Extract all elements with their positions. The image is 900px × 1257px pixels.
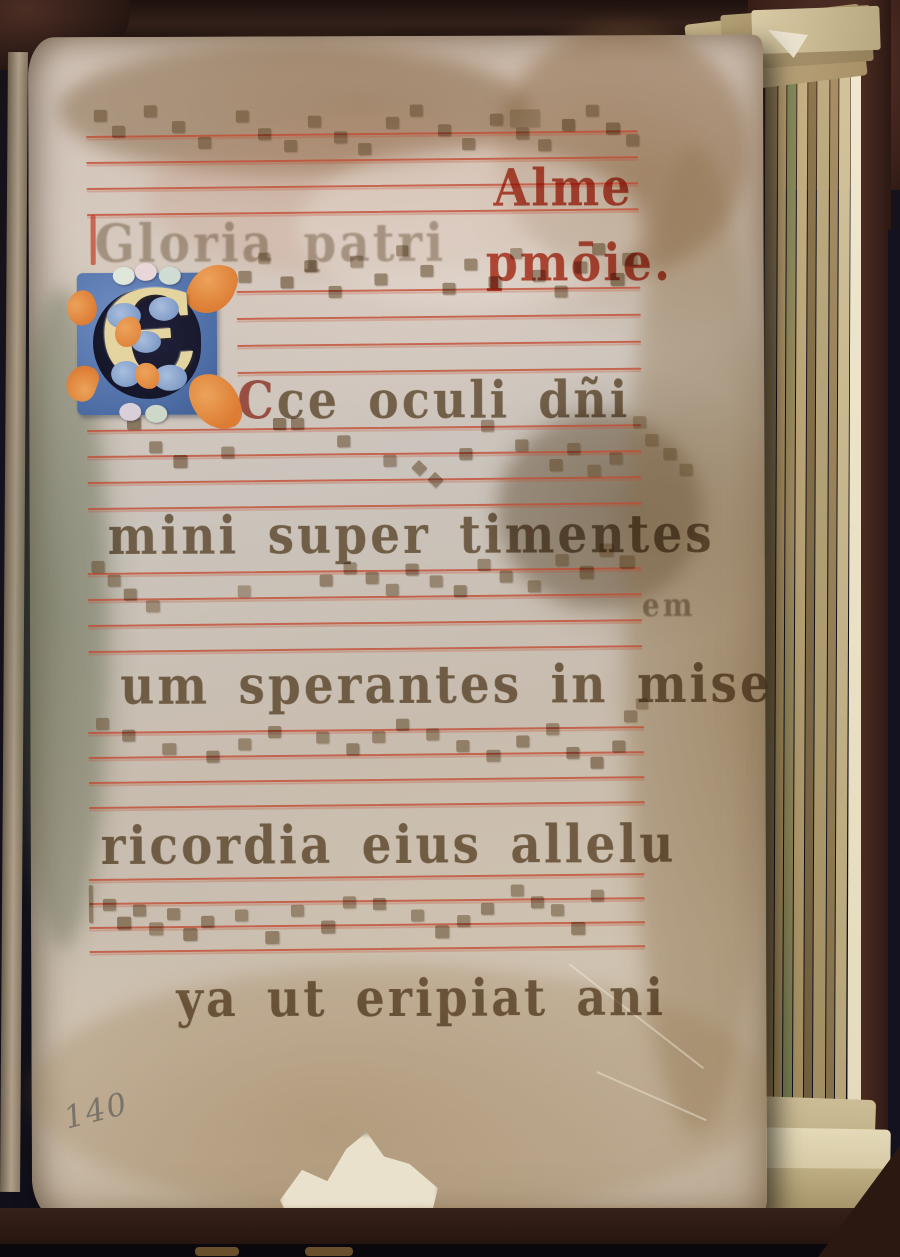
neume-square: [411, 460, 427, 476]
staff-line: [89, 945, 645, 953]
neume-square: [146, 600, 160, 612]
neume-square: [511, 884, 524, 896]
neume-square: [374, 273, 387, 285]
neume-square: [321, 920, 335, 933]
staff-line: [88, 567, 642, 575]
neume-square: [586, 105, 599, 117]
neume-square: [531, 896, 544, 908]
staff-line: [89, 776, 645, 784]
neume-square: [124, 589, 137, 601]
pearl-knob: [135, 263, 157, 281]
rubric-text: pmōie.: [486, 232, 672, 293]
neume-square: [238, 738, 251, 750]
staff-line: [89, 921, 645, 929]
neume-square: [173, 455, 187, 468]
music-staff: [237, 287, 642, 374]
neume-square: [551, 904, 564, 916]
neume-square: [91, 561, 104, 573]
chant-text-line: ya ut eripiat ani: [176, 967, 666, 1029]
chant-text-line: mini super timentes: [108, 504, 715, 568]
neume-square: [238, 585, 251, 597]
neume-square: [663, 448, 676, 460]
neume-square: [284, 140, 297, 152]
neume-square: [221, 446, 234, 458]
neume-square: [372, 731, 385, 743]
neume-square: [386, 584, 399, 596]
pearl-knob: [159, 267, 181, 285]
divider-stroke: [89, 885, 93, 923]
parchment-page: Alme pmōie. Gloria patri Cce oculi dñi m…: [28, 35, 767, 1224]
chant-text-fragment: em: [642, 587, 696, 624]
neume-square: [587, 465, 600, 477]
neume-square: [343, 896, 356, 908]
neume-square: [410, 104, 423, 116]
neume-square: [626, 134, 639, 146]
neume-square: [590, 757, 603, 769]
staff-line: [88, 645, 642, 653]
neume-square: [546, 723, 559, 735]
neume-square: [486, 750, 500, 762]
neume-square: [490, 114, 503, 126]
manuscript-photograph: Alme pmōie. Gloria patri Cce oculi dñi m…: [0, 0, 900, 1257]
neume-square: [386, 117, 399, 129]
neume-square: [206, 751, 219, 763]
neume-square: [149, 441, 162, 453]
neume-square: [442, 283, 455, 295]
neume-square: [528, 580, 541, 592]
neume-square: [183, 928, 197, 941]
staff-line: [86, 130, 638, 138]
neume-square: [459, 448, 472, 460]
staff-line: [89, 801, 645, 809]
neume-square: [457, 915, 470, 927]
neume-square: [435, 925, 449, 938]
neume-square: [456, 740, 469, 752]
neume-square: [464, 258, 477, 270]
neume-square: [609, 452, 622, 464]
neume-square: [133, 904, 146, 916]
music-staff: [89, 873, 646, 953]
neume-square: [427, 472, 443, 488]
neume-square: [346, 743, 359, 755]
neume-square: [316, 731, 329, 743]
pearl-knob: [119, 403, 141, 421]
staff-line: [88, 593, 642, 601]
neume-square: [117, 917, 131, 930]
neume-square: [122, 730, 135, 742]
page-corner-stack: [751, 6, 880, 54]
neume-square: [567, 443, 580, 455]
neume-square: [679, 464, 692, 476]
neume-square: [426, 728, 439, 740]
neume-square: [144, 105, 157, 117]
staff-line: [88, 726, 644, 734]
chant-text-line: Cce oculi dñi: [237, 369, 630, 431]
neume-square: [510, 109, 540, 127]
neume-square: [538, 139, 551, 151]
neume-square: [633, 416, 646, 428]
pearl-knob: [145, 405, 167, 423]
neume-square: [149, 922, 163, 935]
rubric-text: Alme: [493, 157, 632, 218]
neume-square: [454, 585, 467, 597]
staff-line: [88, 476, 642, 484]
neume-square: [358, 143, 371, 155]
staff-line: [237, 314, 641, 320]
neume-square: [579, 566, 593, 579]
neume-square: [236, 110, 249, 122]
chant-text-line: um sperantes in mise: [120, 654, 773, 718]
neume-square: [571, 922, 585, 935]
neume-square: [516, 735, 529, 747]
neume-square: [201, 916, 214, 928]
foliate-ornament: [149, 297, 179, 321]
neume-square: [108, 575, 121, 587]
neume-square: [383, 455, 396, 467]
binding-clasp: [195, 1247, 239, 1256]
leather-cover-right: [861, 0, 891, 1257]
music-staff: [88, 567, 643, 653]
neume-square: [258, 128, 271, 140]
neume-square: [320, 574, 333, 586]
neume-square: [606, 122, 620, 134]
staff-line: [237, 341, 641, 347]
neume-square: [334, 131, 347, 143]
neume-square: [265, 931, 279, 944]
staff-line: [88, 619, 642, 627]
neume-square: [291, 905, 304, 917]
staff-line: [87, 450, 641, 458]
neume-square: [396, 719, 409, 731]
neume-square: [235, 909, 248, 921]
neume-square: [645, 434, 658, 446]
background-shadow: [0, 1244, 900, 1257]
pearl-knob: [113, 267, 135, 285]
neume-square: [198, 137, 211, 149]
neume-square: [167, 908, 180, 920]
neume-square: [500, 571, 513, 583]
foliate-ornament: [135, 363, 159, 389]
binding-clasp: [305, 1247, 353, 1256]
neume-square: [94, 110, 107, 122]
neume-square: [162, 743, 176, 755]
neume-square: [591, 890, 604, 902]
neume-square: [373, 898, 386, 910]
neume-square: [515, 439, 528, 451]
illuminated-initial-E: Є: [71, 269, 227, 420]
neume-square: [328, 286, 341, 298]
background-shadow: [888, 230, 900, 1257]
neume-square: [103, 899, 116, 911]
neume-square: [96, 718, 109, 730]
neume-square: [112, 126, 125, 138]
neume-square: [411, 910, 424, 922]
neume-square: [438, 124, 451, 136]
music-staff: [87, 424, 642, 510]
neume-square: [462, 138, 475, 150]
neume-square: [516, 127, 529, 139]
neume-square: [430, 575, 443, 587]
neume-square: [366, 572, 379, 584]
neume-square: [562, 119, 575, 131]
neume-square: [612, 740, 625, 752]
music-staff: [88, 726, 645, 809]
neume-square: [280, 276, 293, 288]
neume-square: [172, 121, 185, 133]
neume-square: [308, 116, 321, 128]
neume-square: [268, 726, 281, 738]
neume-square: [566, 747, 579, 759]
neume-square: [549, 459, 562, 471]
chant-text-line: ricordia eius allelu: [101, 814, 677, 878]
neume-square: [337, 435, 350, 447]
neume-square: [481, 903, 494, 915]
